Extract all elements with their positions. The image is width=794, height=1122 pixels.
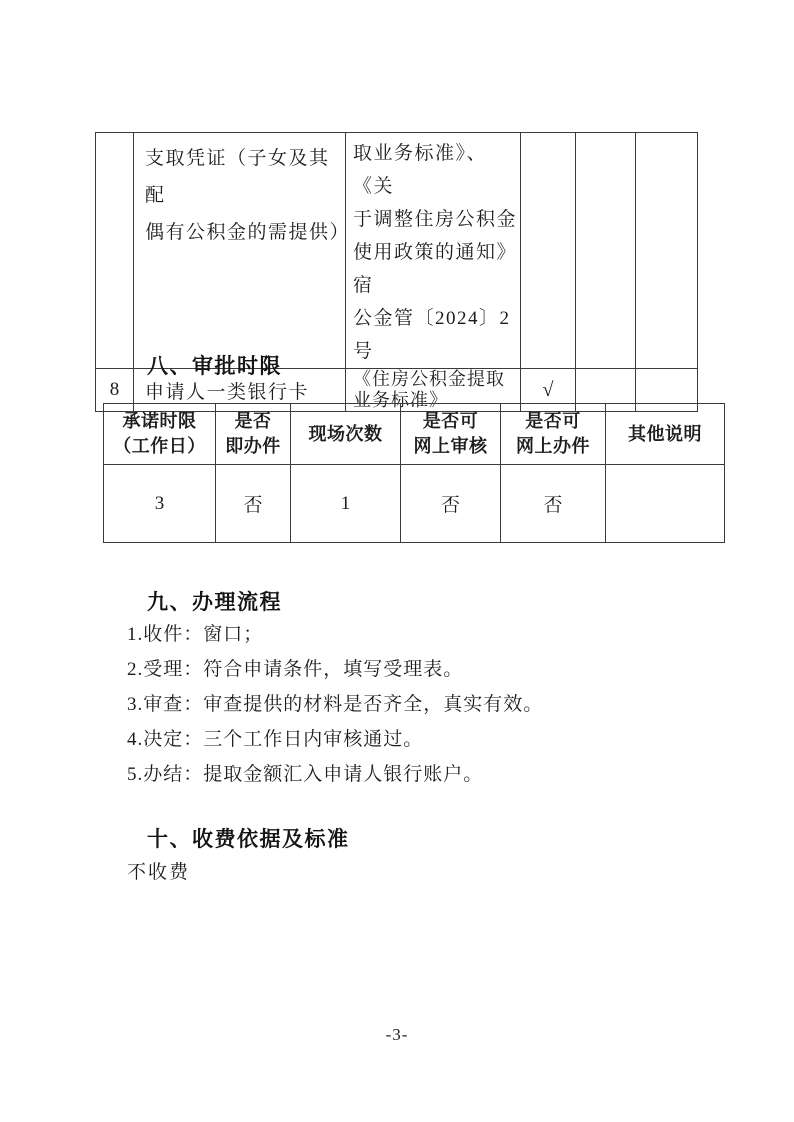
table-row: 3 否 1 否 否 (104, 465, 725, 543)
value-site-visits: 1 (291, 465, 401, 543)
section-title-fees: 十、收费依据及标准 (147, 823, 350, 853)
section-title-approval-limit: 八、审批时限 (147, 350, 282, 380)
section-title-process: 九、办理流程 (147, 586, 282, 616)
table-header-row: 承诺时限 （工作日） 是否 即办件 现场次数 是否可 网上审核 是否可 网上办件… (104, 404, 725, 465)
approval-limit-table: 承诺时限 （工作日） 是否 即办件 现场次数 是否可 网上审核 是否可 网上办件… (103, 403, 725, 543)
value-online-handling: 否 (501, 465, 606, 543)
process-step-2: 2.受理：符合申请条件，填写受理表。 (127, 652, 543, 687)
material-check-1 (521, 133, 576, 369)
header-online-review: 是否可 网上审核 (401, 404, 501, 465)
document-page: 支取凭证（子女及其配 偶有公积金的需提供） 取业务标准》、《关 于调整住房公积金… (0, 0, 794, 1122)
header-online-handling: 是否可 网上办件 (501, 404, 606, 465)
value-immediate: 否 (216, 465, 291, 543)
header-immediate: 是否 即办件 (216, 404, 291, 465)
fee-statement: 不收费 (127, 857, 190, 884)
table-row: 支取凭证（子女及其配 偶有公积金的需提供） 取业务标准》、《关 于调整住房公积金… (96, 133, 698, 369)
page-number: -3- (0, 1025, 794, 1045)
header-other-notes: 其他说明 (606, 404, 725, 465)
process-step-5: 5.办结：提取金额汇入申请人银行账户。 (127, 757, 543, 792)
material-seq (96, 133, 134, 369)
value-promised-limit: 3 (104, 465, 216, 543)
value-other-notes (606, 465, 725, 543)
value-online-review: 否 (401, 465, 501, 543)
material-basis: 取业务标准》、《关 于调整住房公积金 使用政策的通知》宿 公金管〔2024〕2 … (346, 133, 521, 369)
header-site-visits: 现场次数 (291, 404, 401, 465)
header-promised-limit: 承诺时限 （工作日） (104, 404, 216, 465)
material-name: 支取凭证（子女及其配 偶有公积金的需提供） (134, 133, 346, 369)
process-step-1: 1.收件：窗口； (127, 617, 543, 652)
process-step-3: 3.审查：审查提供的材料是否齐全，真实有效。 (127, 687, 543, 722)
process-list: 1.收件：窗口； 2.受理：符合申请条件，填写受理表。 3.审查：审查提供的材料… (127, 617, 543, 792)
process-step-4: 4.决定：三个工作日内审核通过。 (127, 722, 543, 757)
material-check-2 (576, 133, 636, 369)
material-check-3 (636, 133, 698, 369)
